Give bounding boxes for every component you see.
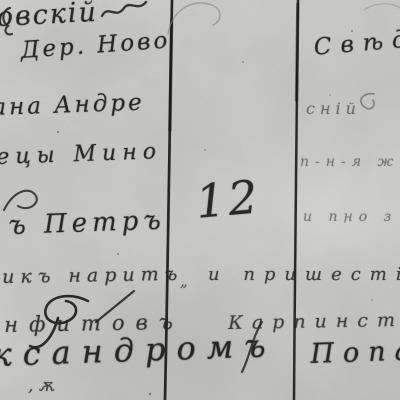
flourish-top-circle <box>168 3 220 34</box>
text-corner-marks: , ѫ <box>28 378 54 395</box>
text-name-row: ана Андре <box>0 92 145 120</box>
flourish-top-squiggle <box>102 2 146 16</box>
text-row4-left: ецы Мино <box>0 141 162 169</box>
text-row6-left: икъ наритъ <box>2 265 184 287</box>
text-row1-left: овскій <box>0 0 99 31</box>
text-petr-row: ъ Петръ <box>8 208 166 239</box>
text-right-col-row3: п-н-я ж <box>300 155 399 169</box>
text-row6-mid: „ <box>180 274 188 289</box>
text-popa-row: Попа <box>310 337 400 368</box>
text-alexandrom-row: ксандромъ <box>0 329 277 371</box>
flourish-mid-left-curl <box>4 191 37 210</box>
flourish-right-col-curl <box>361 94 374 109</box>
entry-number: 12 <box>194 173 262 224</box>
text-right-col-row2: сній <box>306 101 361 117</box>
text-row6-right: и пришесті <box>208 266 400 284</box>
column-rule-right-ink-blot <box>297 4 298 100</box>
flourish-top-right-arc <box>364 4 400 10</box>
manuscript-page: овскій Дер. Ново Свѣд ана Андре сній ецы… <box>0 0 400 400</box>
text-right-col-row4: и пно з <box>303 210 397 224</box>
